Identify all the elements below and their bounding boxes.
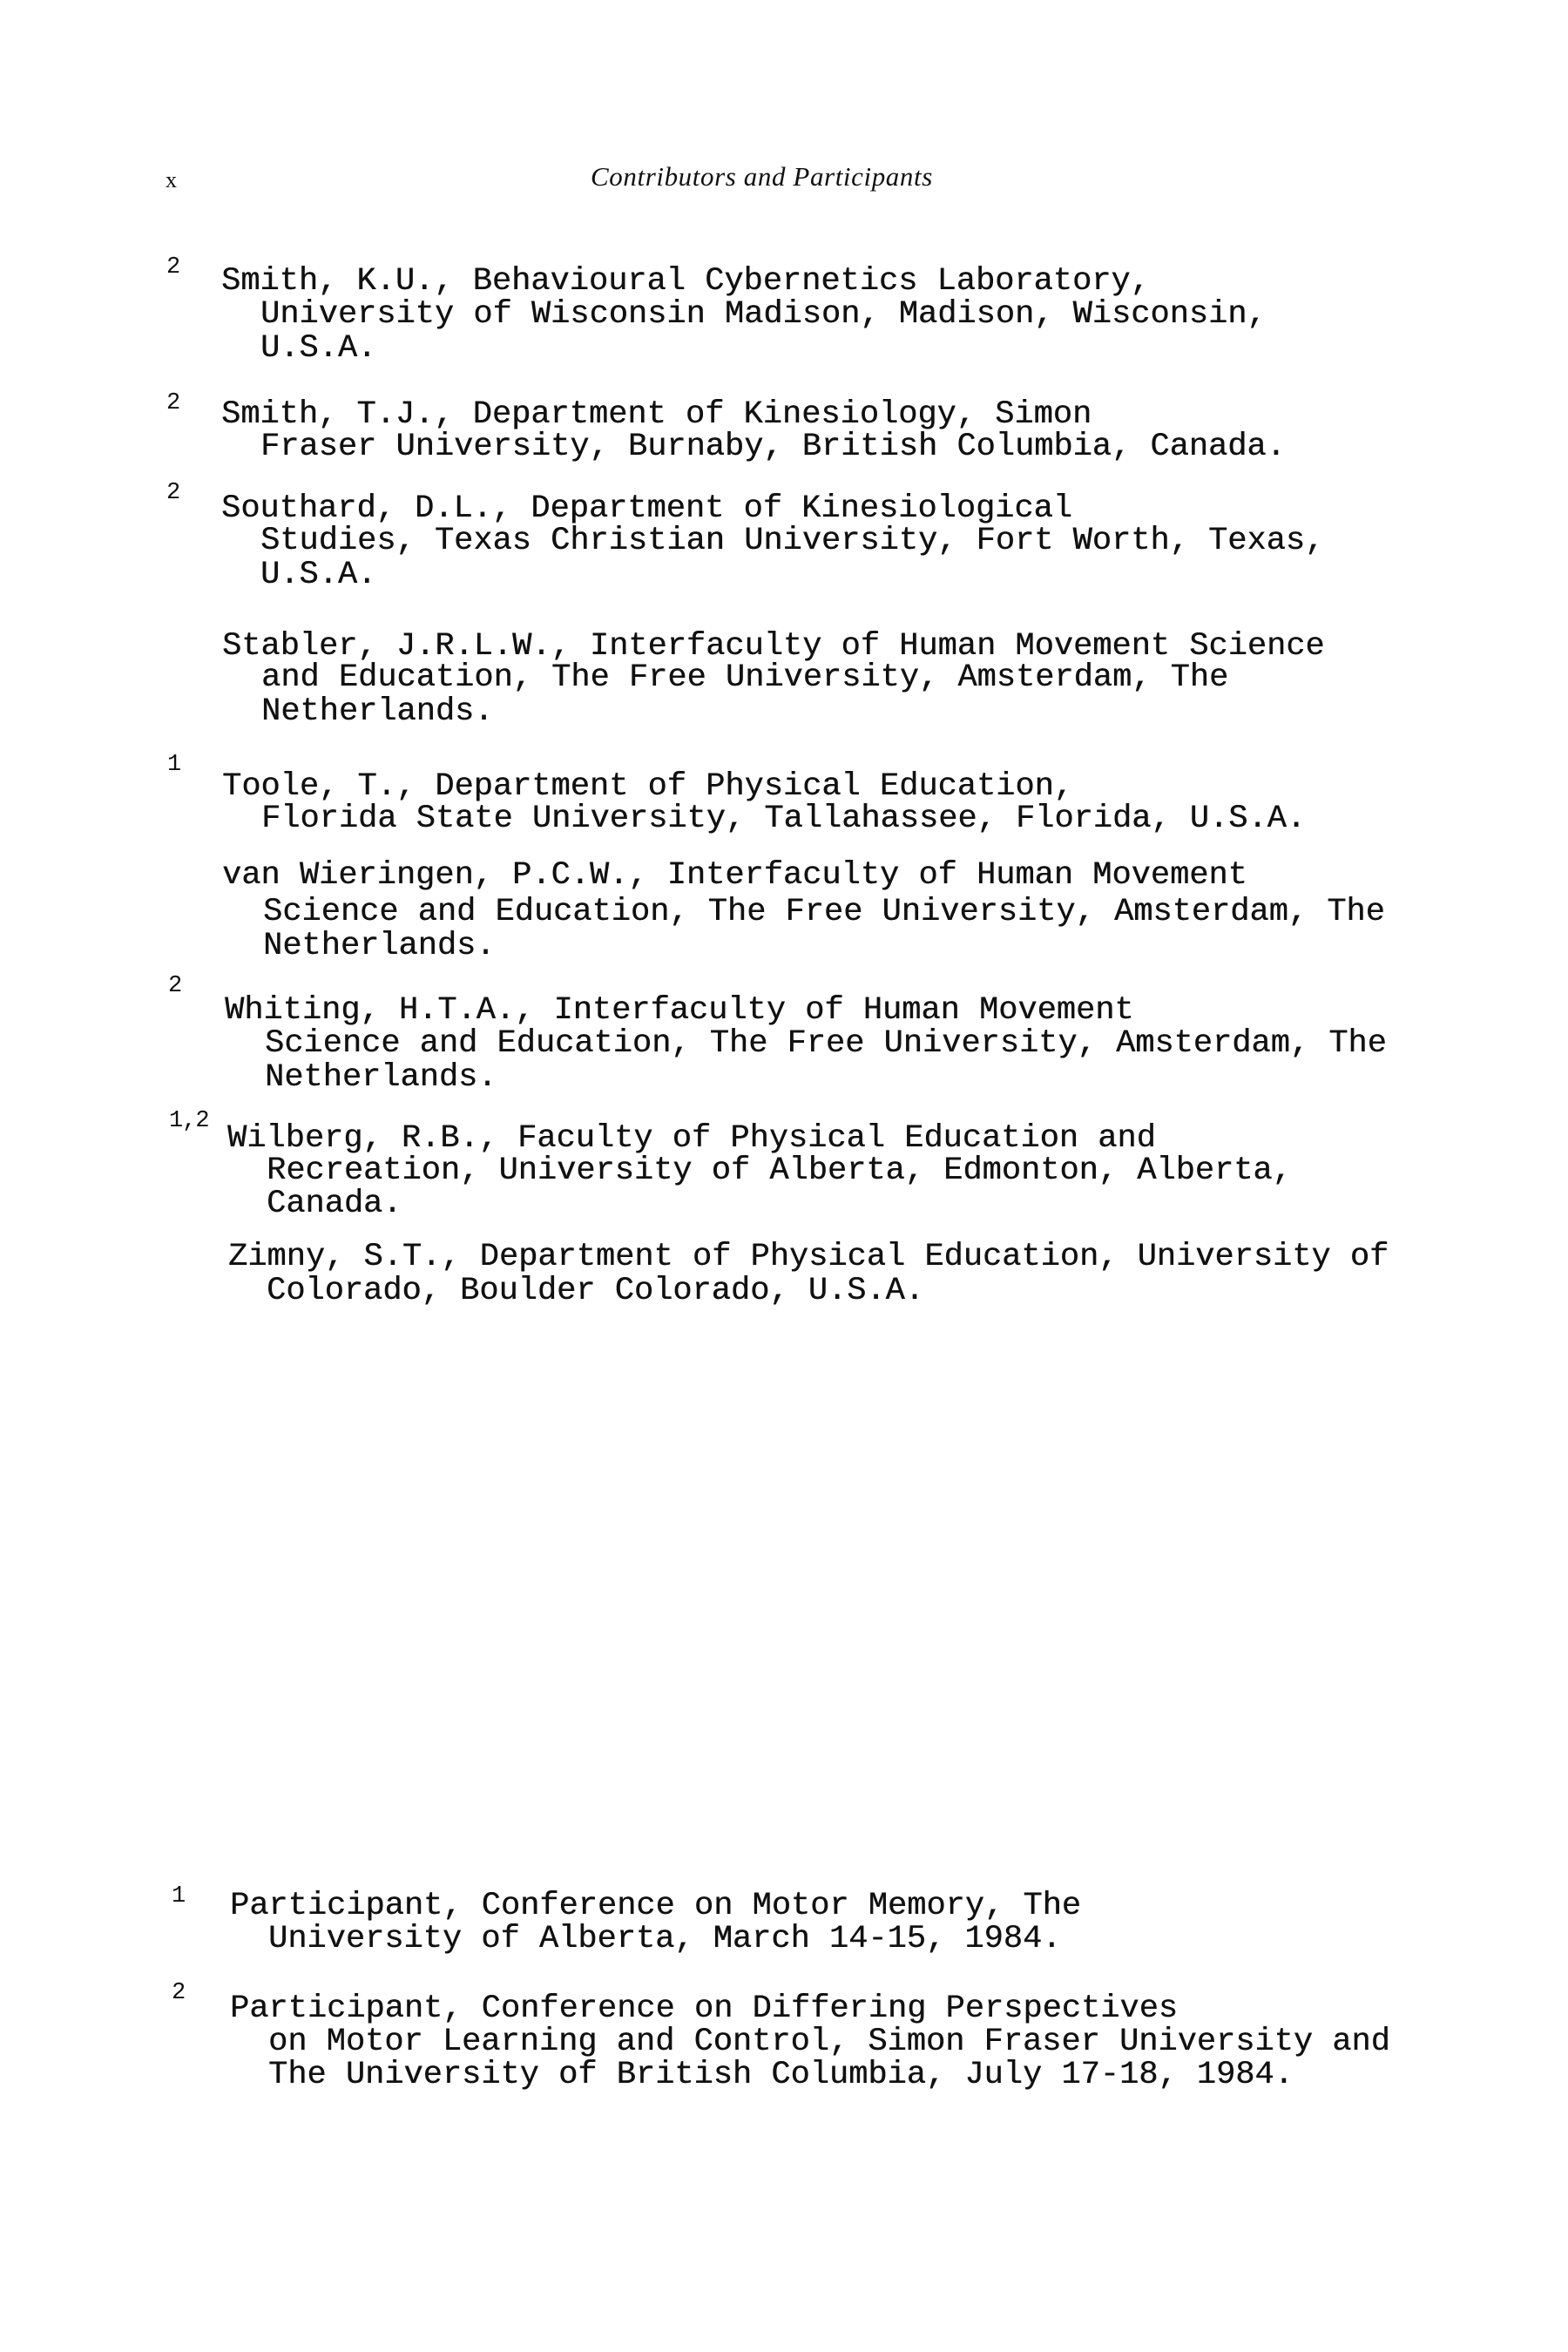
footnote-marker: 1,2 (169, 1108, 209, 1134)
entry-line-first: Smith, K.U., Behavioural Cybernetics Lab… (221, 265, 1150, 298)
entry-line: Science and Education, The Free Universi… (265, 1027, 1387, 1060)
entry-line: Netherlands. (261, 695, 493, 728)
entry-line-first: Wilberg, R.B., Faculty of Physical Educa… (227, 1122, 1156, 1155)
footnote-line-first: Participant, Conference on Differing Per… (230, 1992, 1178, 2025)
entry-line: and Education, The Free University, Amst… (261, 661, 1228, 694)
entry-line: Science and Education, The Free Universi… (263, 896, 1385, 929)
footnote-marker: 2 (172, 1980, 186, 2006)
entry-line: University of Wisconsin Madison, Madison… (260, 298, 1267, 331)
entry-line: Netherlands. (265, 1061, 497, 1094)
running-head: Contributors and Participants (591, 162, 965, 192)
entry-line-first: Zimny, S.T., Department of Physical Educ… (228, 1240, 1389, 1274)
entry-line: Colorado, Boulder Colorado, U.S.A. (267, 1274, 924, 1308)
footnote-marker: 1 (172, 1883, 186, 1909)
entry-line-first: Toole, T., Department of Physical Educat… (222, 770, 1073, 803)
entry-line: Fraser University, Burnaby, British Colu… (260, 430, 1286, 463)
entry-line-first: van Wieringen, P.C.W., Interfaculty of H… (222, 859, 1247, 892)
footnote-line: University of Alberta, March 14-15, 1984… (268, 1923, 1061, 1956)
footnote-marker: 2 (168, 973, 182, 999)
entry-line: Florida State University, Tallahassee, F… (261, 802, 1306, 835)
entry-line: U.S.A. (260, 558, 376, 591)
entry-line-first: Whiting, H.T.A., Interfaculty of Human M… (225, 994, 1134, 1027)
entry-line-first: Stabler, J.R.L.W., Interfaculty of Human… (222, 630, 1325, 663)
entry-line: Canada. (267, 1187, 402, 1220)
footnote-line: on Motor Learning and Control, Simon Fra… (268, 2025, 1390, 2058)
footnote-marker: 2 (166, 254, 180, 280)
entry-line-first: Southard, D.L., Department of Kinesiolog… (221, 492, 1072, 525)
footnote-marker: 1 (167, 752, 181, 778)
entry-line: Studies, Texas Christian University, For… (260, 524, 1324, 558)
page-number: x (166, 167, 177, 193)
footnote-line-first: Participant, Conference on Motor Memory,… (230, 1889, 1081, 1923)
entry-line-first: Smith, T.J., Department of Kinesiology, … (221, 398, 1092, 431)
entry-line: Netherlands. (263, 929, 495, 963)
footnote-marker: 2 (166, 390, 180, 416)
entry-line: U.S.A. (260, 332, 376, 365)
footnote-line: The University of British Columbia, July… (268, 2058, 1294, 2092)
entry-line: Recreation, University of Alberta, Edmon… (267, 1154, 1292, 1187)
footnote-marker: 2 (166, 480, 180, 506)
